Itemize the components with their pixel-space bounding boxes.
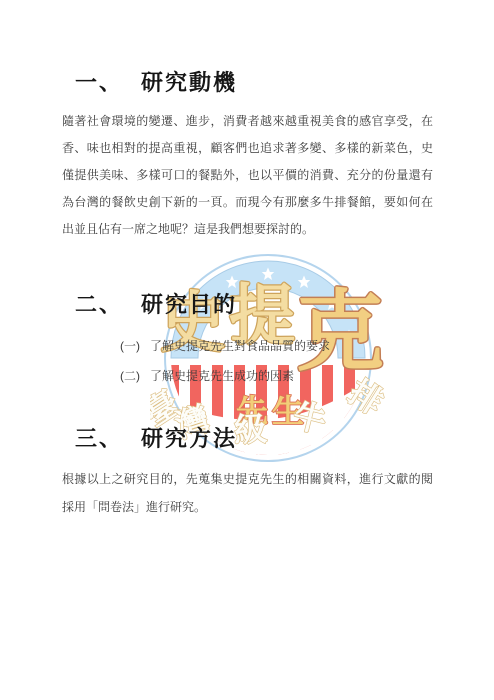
- document-page: 史 提 克 先生 臺 灣 級 牛 排 一、 研究動機 隨著社會環境的變遷、進步，…: [0, 0, 494, 700]
- document-content: 一、 研究動機 隨著社會環境的變遷、進步，消費者越來越重視美食的感官享受，在餐點…: [0, 0, 494, 700]
- paragraph-line: 隨著社會環境的變遷、進步，消費者越來越重視美食的感官享受，在餐點上色、: [62, 108, 433, 135]
- list-item-text: 了解史提克先生對食品品質的要求: [150, 337, 330, 354]
- paragraph-line: 採用「問卷法」進行研究。: [62, 493, 433, 521]
- paragraph-line: 出並且佔有一席之地呢？這是我們想要探討的。: [62, 216, 433, 243]
- section-1-title: 研究動機: [141, 66, 237, 97]
- section-1-paragraph: 隨著社會環境的變遷、進步，消費者越來越重視美食的感官享受，在餐點上色、 香、味也…: [62, 108, 433, 243]
- paragraph-line: 為台灣的餐飲史創下新的一頁。而現今有那麼多牛排餐館，要如何在其中脫穎而: [62, 189, 433, 216]
- section-3-number: 三、: [75, 422, 123, 453]
- list-item-text: 了解史提克先生成功的因素: [150, 367, 294, 384]
- section-1-heading: 一、 研究動機: [75, 66, 237, 97]
- section-3-heading: 三、 研究方法: [75, 422, 237, 453]
- section-3-paragraph: 根據以上之研究目的，先蒐集史提克先生的相關資料，進行文獻的閱讀整理，再 採用「問…: [62, 465, 433, 521]
- section-2-list: (一) 了解史提克先生對食品品質的要求 (二) 了解史提克先生成功的因素: [120, 330, 330, 390]
- list-item-marker: (一): [120, 337, 140, 354]
- section-2-title: 研究目的: [141, 288, 237, 319]
- section-2-number: 二、: [75, 288, 123, 319]
- paragraph-line: 香、味也相對的提高重視，顧客們也追求著多變、多樣的新菜色，史堤克牛排不: [62, 135, 433, 162]
- list-item: (一) 了解史提克先生對食品品質的要求: [120, 330, 330, 360]
- list-item: (二) 了解史提克先生成功的因素: [120, 360, 330, 390]
- paragraph-line: 根據以上之研究目的，先蒐集史提克先生的相關資料，進行文獻的閱讀整理，再: [62, 465, 433, 493]
- section-2-heading: 二、 研究目的: [75, 288, 237, 319]
- section-3-title: 研究方法: [141, 422, 237, 453]
- section-1-number: 一、: [75, 66, 123, 97]
- list-item-marker: (二): [120, 367, 140, 384]
- paragraph-line: 僅提供美味、多樣可口的餐點外，也以平價的消費、充分的份量還有嚴選的品質，: [62, 162, 433, 189]
